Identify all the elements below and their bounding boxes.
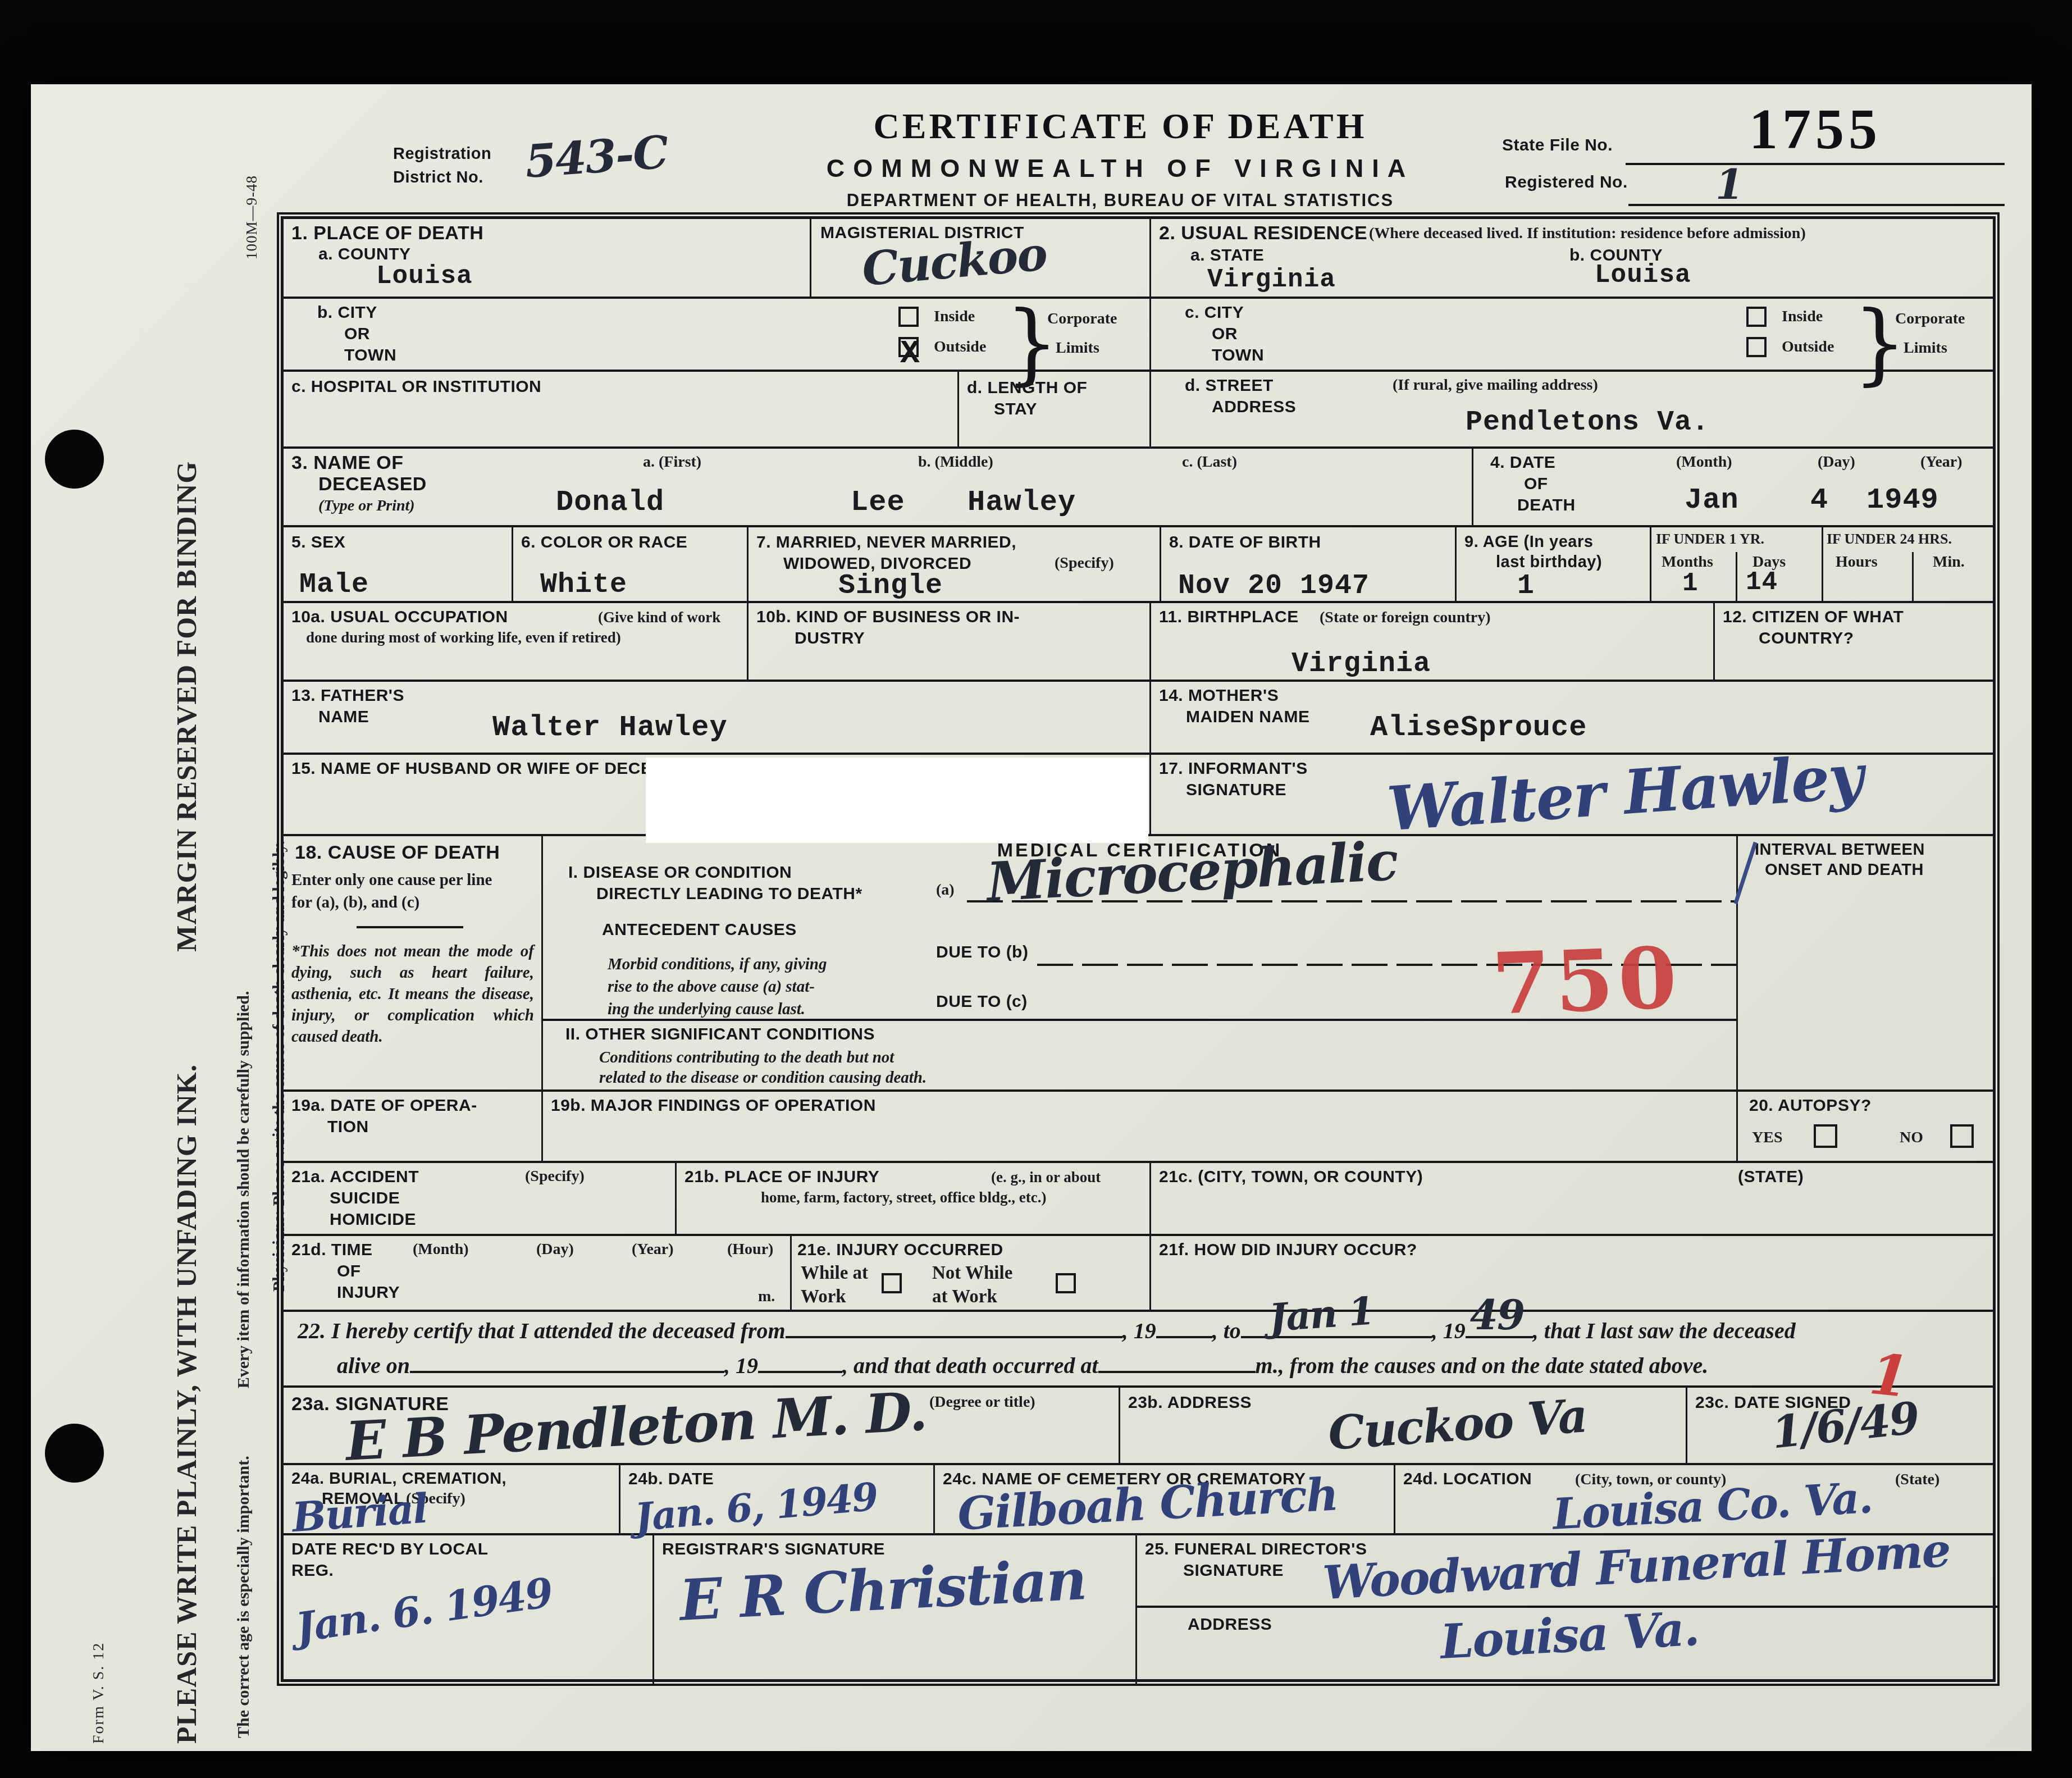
residence-state-value: Virginia <box>1207 265 1336 294</box>
date-of-operation-label: 19a. DATE OF OPERA- <box>291 1096 477 1115</box>
street-address-label: d. STREET <box>1185 376 1274 395</box>
not-while-at-work-checkbox[interactable] <box>1056 1273 1076 1293</box>
residence-inside-checkbox[interactable] <box>1746 307 1767 327</box>
injury-m-label: m. <box>758 1288 775 1306</box>
location-label: 24d. LOCATION <box>1403 1470 1532 1489</box>
section-ii-divider <box>543 1019 1738 1021</box>
row-city-town: b. CITY OR TOWN Inside X Outside } Corpo… <box>284 297 1993 370</box>
field-injury-occurred: 21e. INJURY OCCURRED While at Work Not W… <box>792 1236 1151 1310</box>
physician-address-value: Cuckoo Va <box>1326 1389 1588 1461</box>
degree-title-note: (Degree or title) <box>929 1393 1035 1411</box>
autopsy-yes-checkbox[interactable] <box>1814 1124 1837 1148</box>
major-findings-label: 19b. MAJOR FINDINGS OF OPERATION <box>551 1096 876 1115</box>
father-value: Walter Hawley <box>492 711 728 744</box>
autopsy-yes-label: YES <box>1752 1129 1782 1147</box>
row-medical-certification: 18. CAUSE OF DEATH Enter only one cause … <box>284 834 1993 1089</box>
field-injury-city-state: 21c. (CITY, TOWN, OR COUNTY) (STATE) <box>1151 1163 1998 1234</box>
red-tally-mark: 1 <box>1866 1341 1911 1410</box>
row-place-residence: 1. PLACE OF DEATH a. COUNTY Louisa MAGIS… <box>284 219 1993 297</box>
middle-name-value: Lee <box>851 486 905 519</box>
field-physician-signature: 23a. SIGNATURE (Degree or title) E B Pen… <box>284 1388 1120 1463</box>
age-label: 9. AGE (In years <box>1464 533 1593 551</box>
sex-label: 5. SEX <box>291 533 345 552</box>
field-medical-certification: MEDICAL CERTIFICATION I. DISEASE OR COND… <box>543 836 1738 1089</box>
field-street-address: d. STREET ADDRESS (If rural, give mailin… <box>1151 372 1998 446</box>
morbid-note: Morbid conditions, if any, giving <box>608 955 827 974</box>
funeral-director-value: Woodward Funeral Home <box>1321 1524 1951 1610</box>
birthplace-note: (State or foreign country) <box>1320 609 1491 627</box>
district-no-label: District No. <box>393 168 483 187</box>
field-birthplace: 11. BIRTHPLACE (State or foreign country… <box>1151 603 1715 680</box>
certify-text: alive on <box>337 1352 410 1379</box>
punch-hole-icon <box>45 430 104 489</box>
row-spouse-informant: 15. NAME OF HUSBAND OR WIFE OF DECEASED … <box>284 753 1993 834</box>
date-of-death-label: 4. DATE <box>1490 453 1555 472</box>
field-mother-maiden-name: 14. MOTHER'S MAIDEN NAME AliseSprouce <box>1151 682 1998 753</box>
dob-value: Nov 20 1947 <box>1178 570 1370 602</box>
row-registrar: DATE REC'D BY LOCAL REG. Jan. 6. 1949 RE… <box>284 1533 1993 1685</box>
injury-month-label: (Month) <box>413 1241 469 1259</box>
hours-min-divider <box>1912 552 1914 601</box>
field-place-city-town: b. CITY OR TOWN Inside X Outside } Corpo… <box>284 299 1151 370</box>
age-note: The correct age is especially important. <box>234 1456 253 1738</box>
name-label: 3. NAME OF <box>291 452 404 474</box>
registrar-signature-value: E R Christian <box>678 1546 1087 1634</box>
months-days-divider <box>1736 552 1737 601</box>
certify-to-date-value: Jan 1 <box>1267 1289 1375 1341</box>
field-time-of-injury: 21d. TIME OF INJURY (Month) (Day) (Year)… <box>284 1236 792 1310</box>
field-burial-type: 24a. BURIAL, CREMATION, REMOVAL (Specify… <box>284 1465 620 1533</box>
color-race-value: White <box>540 569 627 601</box>
field-interval-onset-death: INTERVAL BETWEEN ONSET AND DEATH <box>1738 836 1998 1089</box>
father-label: 13. FATHER'S <box>291 686 404 705</box>
months-value: 1 <box>1682 569 1699 598</box>
date-received-label: DATE REC'D BY LOCAL <box>291 1540 489 1559</box>
citizen-label: 12. CITIZEN OF WHAT <box>1723 608 1904 627</box>
dod-day-label: (Day) <box>1818 453 1855 471</box>
row-certify-statement: 22. I hereby certify that I attended the… <box>284 1310 1993 1385</box>
field-autopsy: 20. AUTOPSY? YES NO <box>1738 1092 1998 1161</box>
certificate-paper: Form V. S. 12 100M—9-48 PLEASE WRITE PLA… <box>31 84 2032 1751</box>
row-occupation: 10a. USUAL OCCUPATION (Give kind of work… <box>284 601 1993 680</box>
last-name-value: Hawley <box>967 486 1076 519</box>
field-sex: 5. SEX Male <box>284 527 513 601</box>
field-under-24-hours: IF UNDER 24 HRS. Hours Min. <box>1823 527 1998 601</box>
place-county-label: a. COUNTY <box>318 245 411 264</box>
registered-no-value: 1 <box>1715 161 1742 208</box>
field-registrar-signature: REGISTRAR'S SIGNATURE E R Christian <box>654 1535 1137 1685</box>
registered-no-label: Registered No. <box>1505 173 1628 192</box>
cause-note-1: Enter only one cause per line <box>291 871 492 890</box>
dod-month-value: Jan <box>1685 484 1739 517</box>
state-file-underline <box>1626 163 2005 165</box>
location-state-note: (State) <box>1895 1471 1939 1489</box>
residence-county-value: Louisa <box>1595 261 1691 290</box>
first-name-value: Donald <box>556 486 664 519</box>
autopsy-no-label: NO <box>1900 1129 1923 1147</box>
funeral-address-label: ADDRESS <box>1188 1615 1272 1634</box>
certify-to-blank: Jan 1 <box>1241 1336 1432 1338</box>
residence-city-label: c. CITY <box>1185 303 1244 322</box>
interval-label: INTERVAL BETWEEN <box>1755 841 1925 859</box>
injury-hour-label: (Hour) <box>727 1241 773 1259</box>
field-color-race: 6. COLOR OR RACE White <box>513 527 749 601</box>
cause-note-asterisk: *This does not mean the mode of dying, s… <box>291 941 534 1047</box>
age-value: 1 <box>1517 570 1535 602</box>
row-physician: 23a. SIGNATURE (Degree or title) E B Pen… <box>284 1385 1993 1463</box>
field-usual-occupation: 10a. USUAL OCCUPATION (Give kind of work… <box>284 603 749 680</box>
disease-condition-label: I. DISEASE OR CONDITION <box>568 863 792 882</box>
marital-value: Single <box>838 570 943 602</box>
field-marital-status: 7. MARRIED, NEVER MARRIED, WIDOWED, DIVO… <box>749 527 1161 601</box>
field-date-of-death: 4. DATE OF DEATH (Month) (Day) (Year) Ja… <box>1473 449 1998 525</box>
dob-label: 8. DATE OF BIRTH <box>1169 533 1321 552</box>
binding-note: MARGIN RESERVED FOR BINDING <box>171 461 202 952</box>
autopsy-no-checkbox[interactable] <box>1950 1124 1974 1148</box>
row-hospital-street: c. HOSPITAL OR INSTITUTION d. LENGTH OF … <box>284 370 1993 446</box>
informant-signature-value: Walter Hawley <box>1385 741 1865 845</box>
residence-outside-checkbox[interactable] <box>1746 337 1767 357</box>
marital-label: 7. MARRIED, NEVER MARRIED, <box>756 533 1016 552</box>
place-of-injury-note: (e. g., in or about <box>991 1169 1101 1186</box>
limits-label: Limits <box>1056 339 1099 357</box>
certify-year-blank: 49 <box>1466 1336 1533 1338</box>
field-funeral-director: 25. FUNERAL DIRECTOR'S SIGNATURE Woodwar… <box>1137 1535 1998 1685</box>
while-at-work-label: While at <box>801 1263 868 1284</box>
outside-label: Outside <box>934 338 986 356</box>
min-label: Min. <box>1933 553 1965 571</box>
injury-state-label: (STATE) <box>1738 1168 1804 1187</box>
corporate-label: Corporate <box>1047 310 1117 328</box>
field-certify-statement: 22. I hereby certify that I attended the… <box>284 1312 1998 1385</box>
husband-wife-label: 15. NAME OF HUSBAND OR WIFE OF DECEASED <box>291 759 700 778</box>
scanned-document-view: Form V. S. 12 100M—9-48 PLEASE WRITE PLA… <box>0 0 2072 1778</box>
certify-text: 22. I hereby certify that I attended the… <box>298 1317 786 1344</box>
form-code: Form V. S. 12 <box>90 1642 108 1744</box>
row-operation-autopsy: 19a. DATE OF OPERA- TION 19b. MAJOR FIND… <box>284 1089 1993 1161</box>
antecedent-causes-label: ANTECEDENT CAUSES <box>602 920 797 940</box>
field-husband-wife: 15. NAME OF HUSBAND OR WIFE OF DECEASED <box>284 755 1151 834</box>
middle-name-label: b. (Middle) <box>918 453 993 471</box>
cause-note-divider <box>357 926 463 928</box>
place-of-death-label: 1. PLACE OF DEATH <box>291 222 483 244</box>
accident-specify-note: (Specify) <box>525 1168 585 1186</box>
field-cemetery-name: 24c. NAME OF CEMETERY OR CREMATORY Gilbo… <box>935 1465 1395 1533</box>
first-name-label: a. (First) <box>643 453 701 471</box>
page-title: CERTIFICATE OF DEATH <box>727 106 1513 147</box>
cause-of-death-label: 18. CAUSE OF DEATH <box>295 842 500 864</box>
field-cause-of-death: 18. CAUSE OF DEATH Enter only one cause … <box>284 836 543 1089</box>
field-date-received: DATE REC'D BY LOCAL REG. Jan. 6. 1949 <box>284 1535 654 1685</box>
other-conditions-note: Conditions contributing to the death but… <box>599 1048 894 1067</box>
certify-blank <box>1156 1336 1212 1338</box>
field-usual-residence: 2. USUAL RESIDENCE (Where deceased lived… <box>1151 219 1998 297</box>
district-no-value: 543-C <box>523 125 669 188</box>
print-code: 100M—9-48 <box>243 175 261 259</box>
row-accident: 21a. ACCIDENT SUICIDE HOMICIDE (Specify)… <box>284 1161 1993 1234</box>
date-received-value: Jan. 6. 1949 <box>293 1568 555 1651</box>
burial-date-label: 24b. DATE <box>628 1470 714 1489</box>
dod-month-label: (Month) <box>1676 453 1732 471</box>
certify-blank <box>410 1371 724 1373</box>
injury-year-label: (Year) <box>632 1241 674 1259</box>
usual-residence-label: 2. USUAL RESIDENCE <box>1159 222 1367 244</box>
place-of-injury-label: 21b. PLACE OF INJURY <box>684 1168 879 1187</box>
while-at-work-checkbox[interactable] <box>882 1273 902 1293</box>
under-1yr-label: IF UNDER 1 YR. <box>1656 531 1764 548</box>
business-label: 10b. KIND OF BUSINESS OR IN- <box>756 608 1020 627</box>
supplied-note: Every item of information should be care… <box>234 991 253 1389</box>
margin-age-notes: The correct age is especially important.… <box>234 991 253 1738</box>
punch-hole-icon <box>45 1424 104 1483</box>
field-name-of-deceased: 3. NAME OF DECEASED (Type or Print) a. (… <box>284 449 1473 525</box>
inside-label: Inside <box>934 308 975 326</box>
field-residence-city-town: c. CITY OR TOWN Inside Outside } Corpora… <box>1151 299 1998 370</box>
field-age: 9. AGE (In years last birthday) 1 <box>1457 527 1651 601</box>
field-under-1-year: IF UNDER 1 YR. Months Days 1 14 <box>1651 527 1823 601</box>
place-county-value: Louisa <box>376 262 473 291</box>
color-race-label: 6. COLOR OR RACE <box>521 533 687 552</box>
type-or-print-note: (Type or Print) <box>318 497 415 515</box>
field-citizen: 12. CITIZEN OF WHAT COUNTRY? <box>1715 603 1998 680</box>
injury-city-label: 21c. (CITY, TOWN, OR COUNTY) <box>1159 1168 1423 1187</box>
redaction-box <box>646 758 1148 843</box>
street-address-note: (If rural, give mailing address) <box>1393 376 1598 394</box>
occupation-label: 10a. USUAL OCCUPATION <box>291 608 508 627</box>
injury-occurred-label: 21e. INJURY OCCURRED <box>797 1241 1003 1260</box>
occupation-note: (Give kind of work <box>598 609 720 626</box>
dod-year-label: (Year) <box>1920 453 1963 471</box>
inside-checkbox[interactable] <box>898 307 919 327</box>
mother-value: AliseSprouce <box>1370 711 1587 744</box>
field-business-industry: 10b. KIND OF BUSINESS OR IN- DUSTRY <box>749 603 1151 680</box>
field-place-of-death: 1. PLACE OF DEATH a. COUNTY Louisa <box>284 219 811 297</box>
district-underline <box>514 213 744 216</box>
sex-value: Male <box>299 569 369 601</box>
field-date-signed: 23c. DATE SIGNED 1/6/49 <box>1687 1388 1998 1463</box>
birthplace-label: 11. BIRTHPLACE <box>1159 608 1299 627</box>
certify-to-year-value: 49 <box>1470 1291 1524 1339</box>
field-accident-suicide-homicide: 21a. ACCIDENT SUICIDE HOMICIDE (Specify) <box>284 1163 677 1234</box>
how-injury-label: 21f. HOW DID INJURY OCCUR? <box>1159 1241 1417 1260</box>
informant-label: 17. INFORMANT'S <box>1159 759 1308 778</box>
certify-blank <box>1098 1371 1256 1373</box>
certify-blank <box>786 1336 1122 1338</box>
marital-specify-note: (Specify) <box>1055 554 1114 572</box>
red-code-value: 750 <box>1490 928 1683 1034</box>
physician-address-label: 23b. ADDRESS <box>1128 1393 1252 1412</box>
hospital-label: c. HOSPITAL OR INSTITUTION <box>291 377 541 396</box>
registration-label: Registration <box>393 145 491 163</box>
dod-year-value: 1949 <box>1866 484 1939 517</box>
field-physician-address: 23b. ADDRESS Cuckoo Va <box>1120 1388 1687 1463</box>
hours-label: Hours <box>1836 553 1878 571</box>
state-file-label: State File No. <box>1502 136 1613 155</box>
row-name-dod: 3. NAME OF DECEASED (Type or Print) a. (… <box>284 446 1993 525</box>
field-date-of-birth: 8. DATE OF BIRTH Nov 20 1947 <box>1161 527 1457 601</box>
injury-day-label: (Day) <box>536 1241 574 1259</box>
registered-underline <box>1628 204 2005 206</box>
form-grid: 1. PLACE OF DEATH a. COUNTY Louisa MAGIS… <box>281 216 1996 1682</box>
days-value: 14 <box>1746 568 1778 597</box>
row-parents: 13. FATHER'S NAME Walter Hawley 14. MOTH… <box>284 680 1993 753</box>
x-mark-icon: X <box>900 336 920 372</box>
field-father-name: 13. FATHER'S NAME Walter Hawley <box>284 682 1151 753</box>
autopsy-label: 20. AUTOPSY? <box>1749 1096 1872 1115</box>
cause-a-label: (a) <box>936 881 955 899</box>
field-major-findings: 19b. MAJOR FINDINGS OF OPERATION <box>543 1092 1738 1161</box>
field-place-of-injury: 21b. PLACE OF INJURY (e. g., in or about… <box>677 1163 1151 1234</box>
due-to-c-label: DUE TO (c) <box>936 992 1028 1011</box>
usual-residence-note: (Where deceased lived. If institution: r… <box>1369 225 1806 243</box>
state-file-value: 1755 <box>1749 97 1882 162</box>
not-while-at-work-label: Not While <box>932 1263 1012 1284</box>
length-of-stay-label: d. LENGTH OF <box>967 379 1087 398</box>
row-time-of-injury: 21d. TIME OF INJURY (Month) (Day) (Year)… <box>284 1234 1993 1310</box>
write-plainly-note: PLEASE WRITE PLAINLY, WITH UNFADING INK. <box>171 1064 202 1744</box>
row-burial: 24a. BURIAL, CREMATION, REMOVAL (Specify… <box>284 1463 1993 1533</box>
funeral-address-value: Louisa Va. <box>1439 1601 1700 1670</box>
mother-label: 14. MOTHER'S <box>1159 686 1279 705</box>
dod-day-value: 4 <box>1810 484 1828 517</box>
place-city-label: b. CITY <box>317 303 377 322</box>
field-informant-signature: 17. INFORMANT'S SIGNATURE Walter Hawley <box>1151 755 1998 834</box>
header-title-block: CERTIFICATE OF DEATH COMMONWEALTH OF VIR… <box>727 84 1513 211</box>
under-24hr-label: IF UNDER 24 HRS. <box>1827 531 1952 548</box>
row-sex-age: 5. SEX Male 6. COLOR OR RACE White 7. MA… <box>284 525 1993 601</box>
other-conditions-label: II. OTHER SIGNIFICANT CONDITIONS <box>565 1025 875 1044</box>
field-hospital: c. HOSPITAL OR INSTITUTION <box>284 372 957 446</box>
birthplace-value: Virginia <box>1291 648 1431 680</box>
accident-label: 21a. ACCIDENT <box>291 1168 419 1187</box>
street-address-value: Pendletons Va. <box>1466 407 1709 439</box>
due-to-b-label: DUE TO (b) <box>936 943 1028 962</box>
field-date-of-operation: 19a. DATE OF OPERA- TION <box>284 1092 543 1161</box>
field-burial-date: 24b. DATE Jan. 6, 1949 <box>620 1465 935 1533</box>
department-line: DEPARTMENT OF HEALTH, BUREAU OF VITAL ST… <box>727 190 1513 211</box>
commonwealth-subtitle: COMMONWEALTH OF VIRGINIA <box>727 154 1513 183</box>
margin-bold-notes: PLEASE WRITE PLAINLY, WITH UNFADING INK.… <box>170 461 203 1744</box>
burial-value: Burial <box>290 1484 428 1542</box>
field-magisterial-district: MAGISTERIAL DISTRICT Cuckoo <box>811 219 1151 297</box>
certify-blank <box>758 1371 842 1373</box>
registrar-label: REGISTRAR'S SIGNATURE <box>662 1540 885 1559</box>
field-cemetery-location: 24d. LOCATION (City, town, or county) (S… <box>1395 1465 1998 1533</box>
field-length-of-stay: d. LENGTH OF STAY <box>957 372 1151 446</box>
residence-state-label: a. STATE <box>1190 246 1264 265</box>
time-of-injury-label: 21d. TIME <box>291 1241 373 1260</box>
last-name-label: c. (Last) <box>1182 453 1237 471</box>
